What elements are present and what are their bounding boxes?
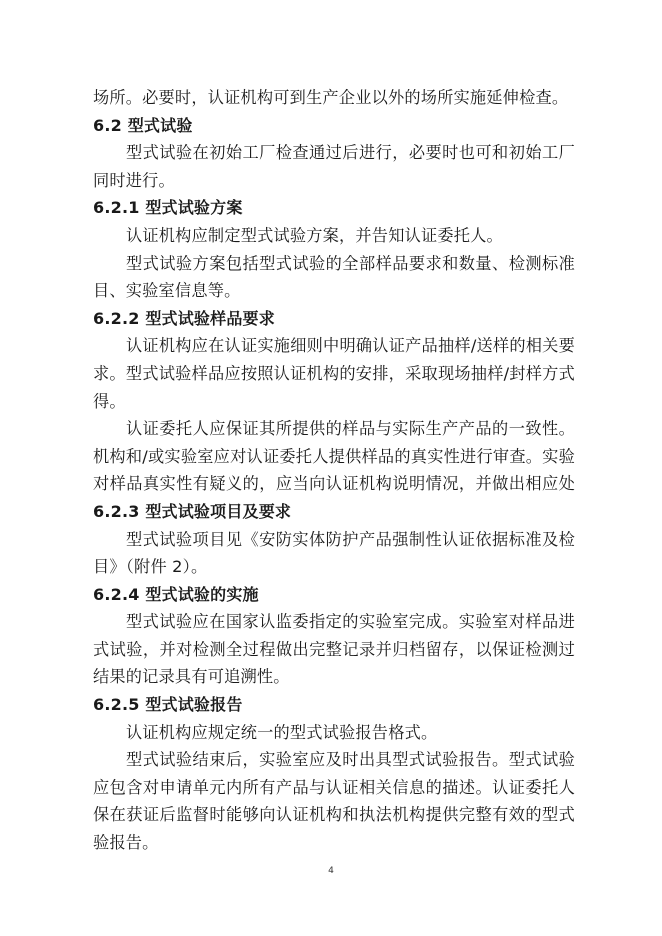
- paragraph-line: 型式试验在初始工厂检查通过后进行，必要时也可和初始工厂检查: [93, 139, 575, 167]
- paragraph-line: 型式试验结束后，实验室应及时出具型式试验报告。型式试验报告: [93, 746, 575, 774]
- paragraph-line: 目、实验室信息等。: [93, 277, 575, 305]
- paragraph-line: 对样品真实性有疑义的，应当向认证机构说明情况，并做出相应处理。: [93, 470, 575, 498]
- paragraph-line: 认证机构应在认证实施细则中明确认证产品抽样/送样的相关要: [93, 332, 575, 360]
- paragraph-line: 型式试验项目见《安防实体防护产品强制性认证依据标准及检测项: [93, 526, 575, 554]
- paragraph-line: 验报告。: [93, 829, 575, 857]
- section-heading-6-2-5: 6.2.5 型式试验报告: [93, 691, 575, 719]
- paragraph-line: 场所。必要时，认证机构可到生产企业以外的场所实施延伸检查。: [93, 84, 575, 112]
- paragraph-line: 得。: [93, 388, 575, 416]
- paragraph-line: 认证委托人应保证其所提供的样品与实际生产产品的一致性。认证: [93, 415, 575, 443]
- section-heading-6-2: 6.2 型式试验: [93, 112, 575, 140]
- paragraph-line: 机构和/或实验室应对认证委托人提供样品的真实性进行审查。实验室: [93, 443, 575, 471]
- paragraph-line: 结果的记录具有可追溯性。: [93, 663, 575, 691]
- paragraph-line: 同时进行。: [93, 167, 575, 195]
- paragraph-line: 认证机构应规定统一的型式试验报告格式。: [93, 719, 575, 747]
- section-heading-6-2-1: 6.2.1 型式试验方案: [93, 194, 575, 222]
- paragraph-line: 认证机构应制定型式试验方案，并告知认证委托人。: [93, 222, 575, 250]
- paragraph-line: 型式试验方案包括型式试验的全部样品要求和数量、检测标准项: [93, 250, 575, 278]
- paragraph-line: 式试验，并对检测全过程做出完整记录并归档留存，以保证检测过程和: [93, 636, 575, 664]
- paragraph-line: 求。型式试验样品应按照认证机构的安排，采取现场抽样/封样方式获: [93, 360, 575, 388]
- paragraph-line: 保在获证后监督时能够向认证机构和执法机构提供完整有效的型式试: [93, 801, 575, 829]
- section-heading-6-2-3: 6.2.3 型式试验项目及要求: [93, 498, 575, 526]
- paragraph-line: 应包含对申请单元内所有产品与认证相关信息的描述。认证委托人应确: [93, 774, 575, 802]
- paragraph-line: 型式试验应在国家认监委指定的实验室完成。实验室对样品进行型: [93, 608, 575, 636]
- page-number: 4: [0, 866, 662, 876]
- paragraph-line: 目》（附件 2）。: [93, 553, 575, 581]
- document-page-body: 场所。必要时，认证机构可到生产企业以外的场所实施延伸检查。 6.2 型式试验 型…: [93, 84, 575, 857]
- section-heading-6-2-4: 6.2.4 型式试验的实施: [93, 581, 575, 609]
- section-heading-6-2-2: 6.2.2 型式试验样品要求: [93, 305, 575, 333]
